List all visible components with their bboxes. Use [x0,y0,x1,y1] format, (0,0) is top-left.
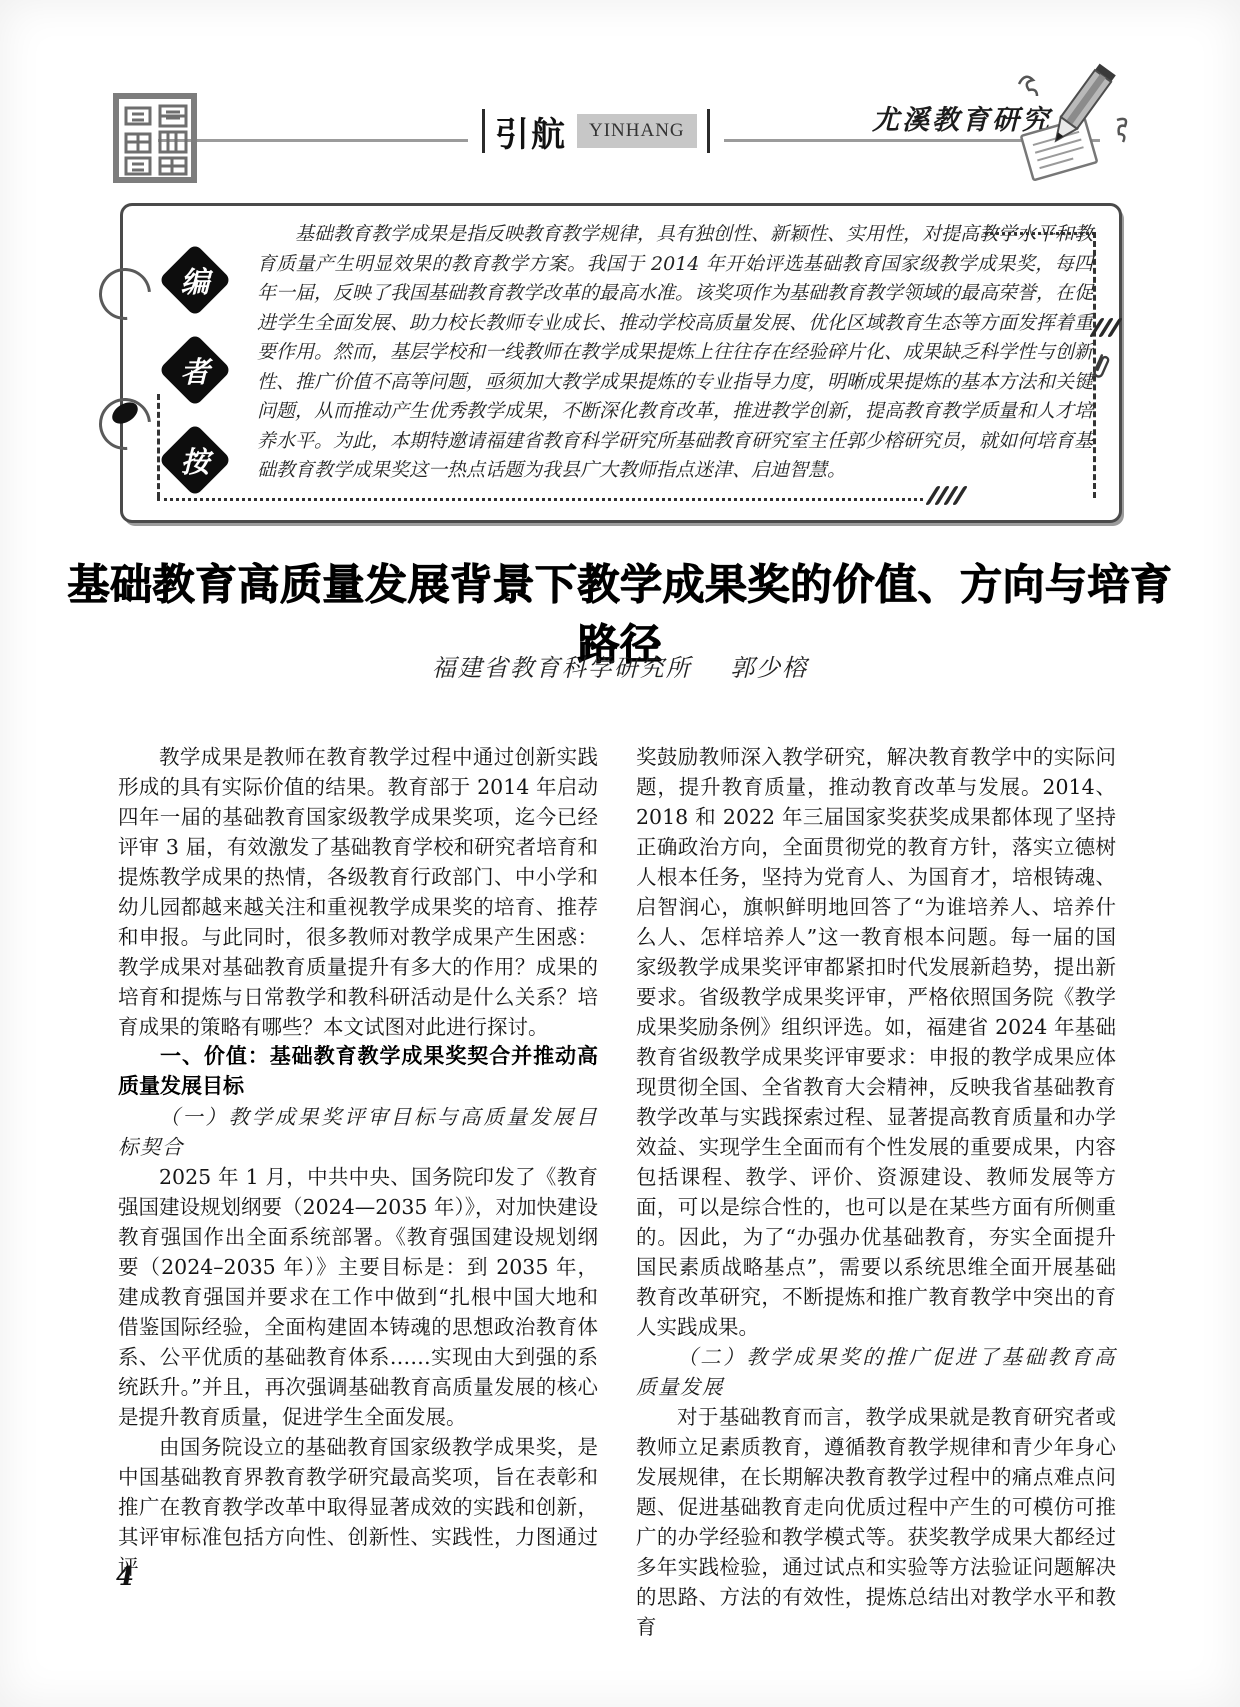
article-byline: 福建省教育科学研究所郭少榕 [0,648,1240,683]
author-name: 郭少榕 [730,654,808,682]
divider-bar [482,109,485,153]
editor-badge: 按 [158,423,232,497]
editor-note-text: 基础教育教学成果是指反映教育教学规律，具有独创性、新颖性、实用性，对提高教学水平… [257,220,1093,486]
seal-stamp-icon [110,86,204,192]
editor-badge-char: 编 [169,254,221,306]
section-label-cn: 引航 [495,107,567,156]
dotted-frame-bottom [157,498,923,501]
section-label: 引航 YINHANG [468,106,724,156]
editor-note-box: 编 者 按 基础教育教学成果是指反映教育教学规律，具有独创性、新颖性、实用性，对… [120,203,1122,523]
paragraph: 2025 年 1 月，中共中央、国务院印发了《教育强国建设规划纲要（2024—2… [118,1162,598,1432]
section-label-latin: YINHANG [577,114,697,148]
divider-bar [707,109,710,153]
page-number: 4 [116,1562,134,1592]
hatch-marks-icon [931,486,962,505]
pencil-illustration-icon [1005,62,1137,194]
left-column: 教学成果是教师在教育教学过程中通过创新实践形成的具有实际价值的结果。教育部于 2… [118,742,598,1642]
journal-page: 引航 YINHANG 尤溪教育研究 [0,0,1240,1707]
paragraph: 教学成果是教师在教育教学过程中通过创新实践形成的具有实际价值的结果。教育部于 2… [118,742,598,1042]
editor-badge: 编 [158,243,232,317]
editor-badge-char: 者 [169,344,221,396]
section-subheading: （二）教学成果奖的推广促进了基础教育高质量发展 [636,1342,1116,1402]
paragraph: 对于基础教育而言，教学成果就是教育研究者或教师立足素质教育，遵循教育教学规律和青… [636,1402,1116,1642]
paragraph: 由国务院设立的基础教育国家级教学成果奖，是中国基础教育界教育教学研究最高奖项，旨… [118,1432,598,1582]
binder-ring-icon [88,257,161,330]
section-subheading: （一）教学成果奖评审目标与高质量发展目标契合 [118,1102,598,1162]
binder-ring-icon [88,387,161,460]
dotted-frame-left [157,394,160,498]
paragraph: 奖鼓励教师深入教学研究，解决教育教学中的实际问题，提升教育质量，推动教育改革与发… [636,742,1116,1342]
article-body: 教学成果是教师在教育教学过程中通过创新实践形成的具有实际价值的结果。教育部于 2… [118,742,1116,1642]
section-heading: 一、价值：基础教育教学成果奖契合并推动高质量发展目标 [118,1042,598,1102]
hatch-marks-icon [1095,318,1117,337]
author-affiliation: 福建省教育科学研究所 [432,654,692,682]
dotted-frame-top [985,232,1095,235]
editor-badge: 者 [158,333,232,407]
right-column: 奖鼓励教师深入教学研究，解决教育教学中的实际问题，提升教育质量，推动教育改革与发… [636,742,1116,1642]
editor-badge-char: 按 [169,434,221,486]
